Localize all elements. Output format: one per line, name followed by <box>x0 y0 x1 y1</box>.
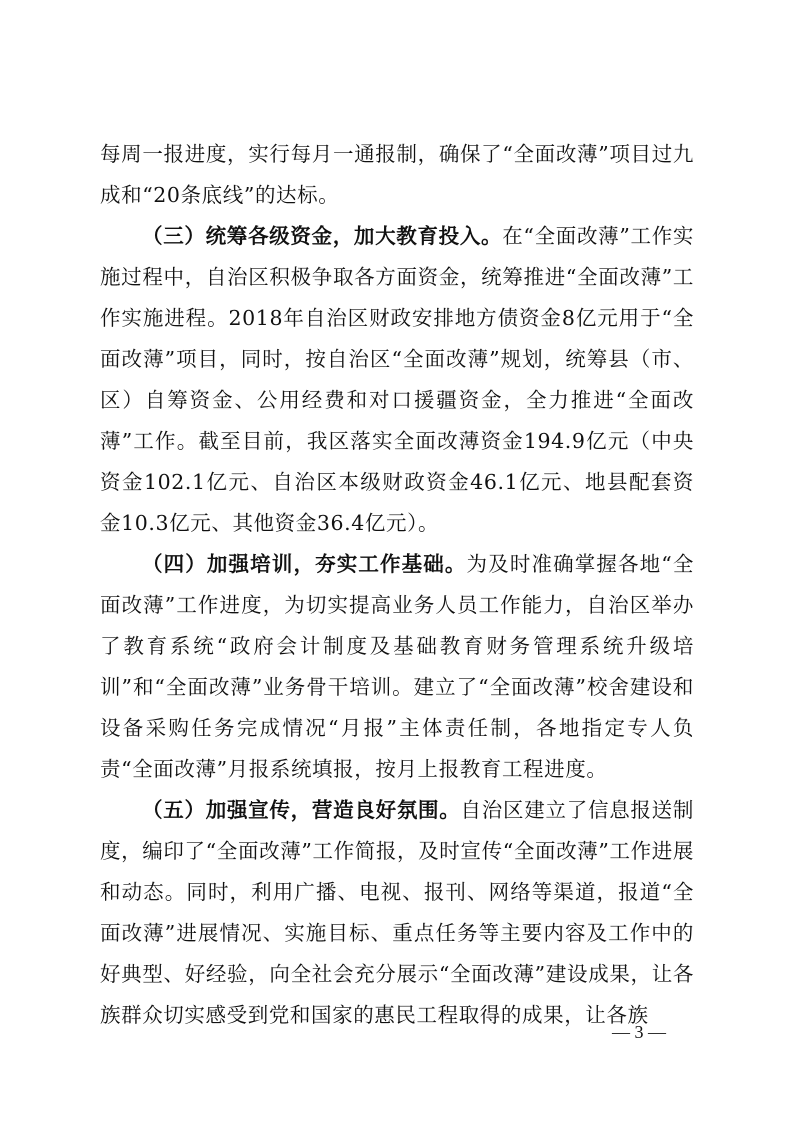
paragraph-section-4: （四）加强培训，夯实工作基础。为及时准确掌握各地“全面改薄”工作进度，为切实提高… <box>100 544 694 790</box>
paragraph-section-5: （五）加强宣传，营造良好氛围。自治区建立了信息报送制度，编印了“全面改薄”工作简… <box>100 790 694 1036</box>
section-heading: （四）加强培训，夯实工作基础。 <box>142 552 467 576</box>
paragraph-body: 自治区建立了信息报送制度，编印了“全面改薄”工作简报，及时宣传“全面改薄”工作进… <box>100 798 694 1027</box>
section-heading: （五）加强宣传，营造良好氛围。 <box>142 798 461 822</box>
page-number: — 3 — <box>612 1022 666 1043</box>
document-page: 每周一报进度，实行每月一通报制，确保了“全面改薄”项目过九成和“20条底线”的达… <box>100 134 694 1036</box>
section-heading: （三）统筹各级资金，加大教育投入。 <box>142 224 502 248</box>
paragraph-body: 在“全面改薄”工作实施过程中，自治区积极争取各方面资金，统筹推进“全面改薄”工作… <box>100 224 694 535</box>
paragraph-body: 每周一报进度，实行每月一通报制，确保了“全面改薄”项目过九成和“20条底线”的达… <box>100 142 694 207</box>
paragraph-section-3: （三）统筹各级资金，加大教育投入。在“全面改薄”工作实施过程中，自治区积极争取各… <box>100 216 694 544</box>
paragraph-continuation: 每周一报进度，实行每月一通报制，确保了“全面改薄”项目过九成和“20条底线”的达… <box>100 134 694 216</box>
paragraph-body: 为及时准确掌握各地“全面改薄”工作进度，为切实提高业务人员工作能力，自治区举办了… <box>100 552 694 781</box>
